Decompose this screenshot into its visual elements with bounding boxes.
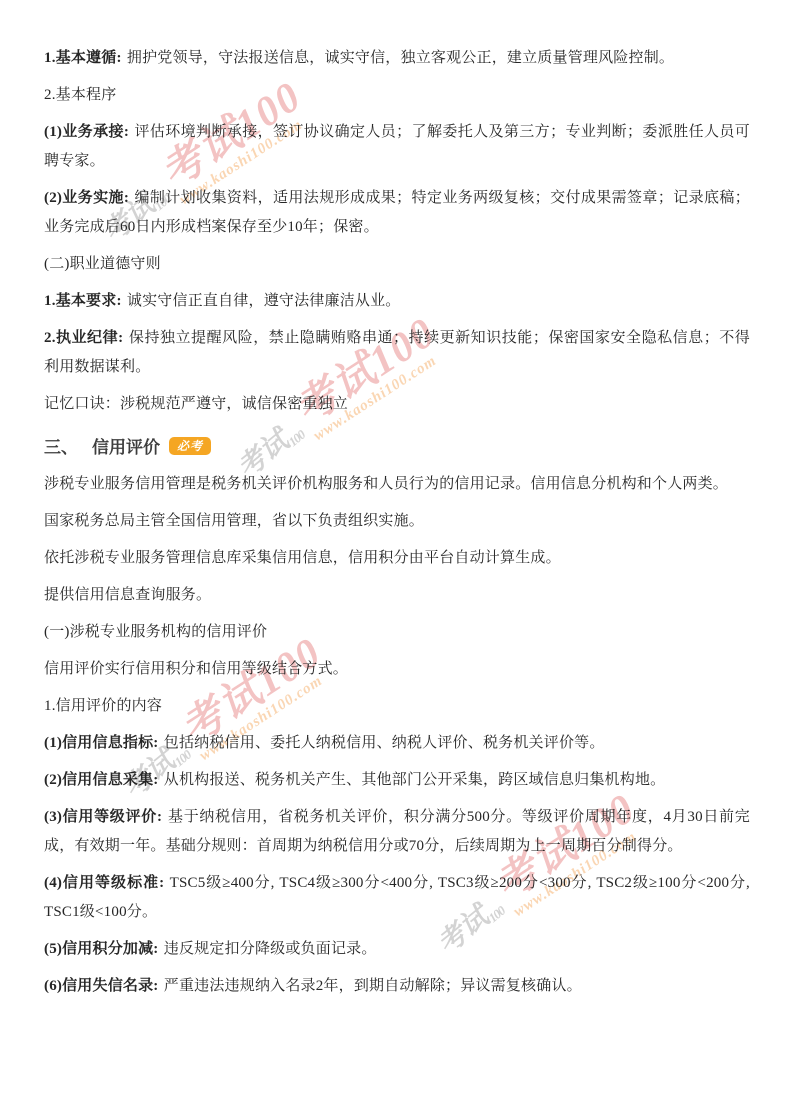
para-label: 1.基本遵循: <box>44 50 122 66</box>
para-text: 依托涉税专业服务管理信息库采集信用信息，信用积分由平台自动计算生成。 <box>44 550 561 566</box>
para-credit-content-heading: 1.信用评价的内容 <box>44 692 750 721</box>
para-basic-principles: 1.基本遵循:拥护党领导，守法报送信息，诚实守信，独立客观公正，建立质量管理风险… <box>44 44 750 73</box>
para-text: 严重违法违规纳入名录2年，到期自动解除；异议需复核确认。 <box>164 978 582 994</box>
para-text: 1.信用评价的内容 <box>44 698 162 714</box>
para-text: 违反规定扣分降级或负面记录。 <box>164 941 377 957</box>
para-dishonesty-list: (6)信用失信名录:严重违法违规纳入名录2年，到期自动解除；异议需复核确认。 <box>44 972 750 1001</box>
section-numeral: 三、 <box>44 433 78 458</box>
para-credit-score-adjustment: (5)信用积分加减:违反规定扣分降级或负面记录。 <box>44 935 750 964</box>
para-text: (一)涉税专业服务机构的信用评价 <box>44 624 267 640</box>
para-label: (5)信用积分加减: <box>44 941 159 957</box>
para-business-acceptance: (1)业务承接:评估环境判断承接，签订协议确定人员；了解委托人及第三方；专业判断… <box>44 118 750 176</box>
para-credit-grade-standard: (4)信用等级标准:TSC5级≥400分, TSC4级≥300分<400分, T… <box>44 869 750 927</box>
document-content: 1.基本遵循:拥护党领导，守法报送信息，诚实守信，独立客观公正，建立质量管理风险… <box>44 44 750 1001</box>
para-text: 从机构报送、税务机关产生、其他部门公开采集，跨区域信息归集机构地。 <box>164 772 666 788</box>
para-credit-collection: (2)信用信息采集:从机构报送、税务机关产生、其他部门公开采集，跨区域信息归集机… <box>44 766 750 795</box>
para-credit-indicators: (1)信用信息指标:包括纳税信用、委托人纳税信用、纳税人评价、税务机关评价等。 <box>44 729 750 758</box>
para-mnemonic: 记忆口诀：涉税规范严遵守，诚信保密重独立 <box>44 390 750 419</box>
para-text: 记忆口诀：涉税规范严遵守，诚信保密重独立 <box>44 396 348 412</box>
para-text: 涉税专业服务信用管理是税务机关评价机构服务和人员行为的信用记录。信用信息分机构和… <box>44 476 728 492</box>
para-label: (1)信用信息指标: <box>44 735 159 751</box>
para-credit-grade-evaluation: (3)信用等级评价:基于纳税信用，省税务机关评价，积分满分500分。等级评价周期… <box>44 803 750 861</box>
document-page: 考试100 考试100 www.kaoshi100.com 考试100 考试10… <box>0 0 794 1098</box>
para-text: 诚实守信正直自律，遵守法律廉洁从业。 <box>127 293 401 309</box>
para-label: (6)信用失信名录: <box>44 978 159 994</box>
para-text: 编制计划收集资料，适用法规形成成果；特定业务两级复核；交付成果需签章；记录底稿；… <box>44 190 750 235</box>
section-heading-credit-evaluation: 三、 信用评价 必考 <box>44 433 750 458</box>
para-label: (3)信用等级评价: <box>44 809 162 825</box>
para-text: (二)职业道德守则 <box>44 256 161 272</box>
para-label: (4)信用等级标准: <box>44 875 164 891</box>
para-label: (2)业务实施: <box>44 190 129 206</box>
para-text: 包括纳税信用、委托人纳税信用、纳税人评价、税务机关评价等。 <box>164 735 605 751</box>
para-text: 国家税务总局主管全国信用管理，省以下负责组织实施。 <box>44 513 424 529</box>
para-information-platform: 依托涉税专业服务管理信息库采集信用信息，信用积分由平台自动计算生成。 <box>44 544 750 573</box>
para-text: 评估环境判断承接，签订协议确定人员；了解委托人及第三方；专业判断；委派胜任人员可… <box>44 124 750 169</box>
para-text: 保持独立提醒风险，禁止隐瞒贿赂串通；持续更新知识技能；保密国家安全隐私信息；不得… <box>44 330 750 375</box>
para-institution-credit-heading: (一)涉税专业服务机构的信用评价 <box>44 618 750 647</box>
para-label: 2.执业纪律: <box>44 330 123 346</box>
para-business-implementation: (2)业务实施:编制计划收集资料，适用法规形成成果；特定业务两级复核；交付成果需… <box>44 184 750 242</box>
section-title: 信用评价 <box>92 433 160 458</box>
para-practice-discipline: 2.执业纪律:保持独立提醒风险，禁止隐瞒贿赂串通；持续更新知识技能；保密国家安全… <box>44 324 750 382</box>
para-text: 信用评价实行信用积分和信用等级结合方式。 <box>44 661 348 677</box>
para-professional-ethics-heading: (二)职业道德守则 <box>44 250 750 279</box>
para-label: (2)信用信息采集: <box>44 772 159 788</box>
para-query-service: 提供信用信息查询服务。 <box>44 581 750 610</box>
para-basic-requirements: 1.基本要求:诚实守信正直自律，遵守法律廉洁从业。 <box>44 287 750 316</box>
para-basic-procedure-heading: 2.基本程序 <box>44 81 750 110</box>
para-label: 1.基本要求: <box>44 293 122 309</box>
para-credit-management-intro: 涉税专业服务信用管理是税务机关评价机构服务和人员行为的信用记录。信用信息分机构和… <box>44 470 750 499</box>
para-text: 拥护党领导，守法报送信息，诚实守信，独立客观公正，建立质量管理风险控制。 <box>127 50 674 66</box>
para-text: 2.基本程序 <box>44 87 116 103</box>
para-label: (1)业务承接: <box>44 124 129 140</box>
para-text: 提供信用信息查询服务。 <box>44 587 211 603</box>
para-administration: 国家税务总局主管全国信用管理，省以下负责组织实施。 <box>44 507 750 536</box>
para-credit-method: 信用评价实行信用积分和信用等级结合方式。 <box>44 655 750 684</box>
must-test-badge: 必考 <box>169 437 211 455</box>
